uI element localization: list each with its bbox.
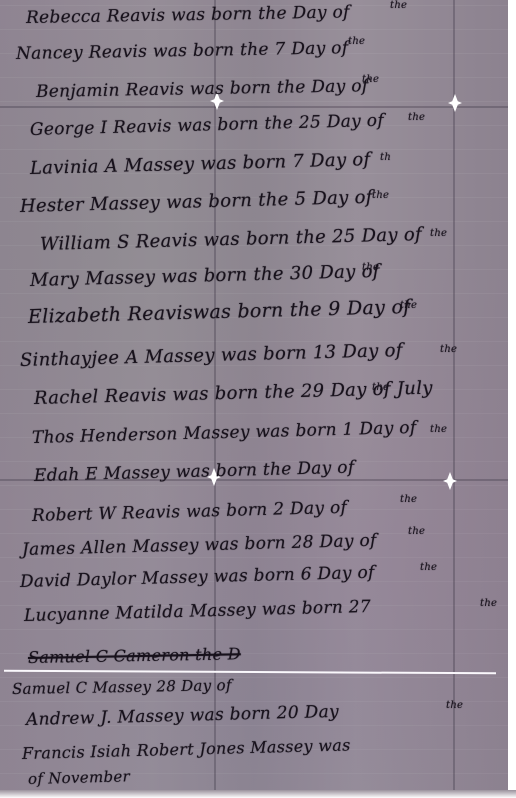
superscript-the: the bbox=[362, 74, 379, 85]
superscript-the: the bbox=[390, 0, 407, 11]
superscript-the: the bbox=[446, 700, 463, 711]
superscript-the: the bbox=[400, 494, 417, 505]
superscript-the: the bbox=[372, 190, 389, 201]
superscript-the: th bbox=[380, 152, 391, 163]
superscript-the: the bbox=[480, 598, 497, 609]
scanned-document-page: Rebecca Reavis was born the Day ofNancey… bbox=[0, 0, 508, 798]
superscript-the: the bbox=[400, 300, 417, 311]
superscript-the: the bbox=[362, 262, 379, 273]
scan-margin-right bbox=[508, 0, 516, 798]
superscript-annotations: thethethetheththethethethethethethetheth… bbox=[0, 0, 508, 798]
superscript-the: the bbox=[408, 112, 425, 123]
superscript-the: the bbox=[348, 36, 365, 47]
superscript-the: the bbox=[440, 344, 457, 355]
superscript-the: the bbox=[420, 562, 437, 573]
scan-margin-bottom bbox=[0, 790, 516, 798]
superscript-the: the bbox=[372, 382, 389, 393]
superscript-the: the bbox=[430, 228, 447, 239]
superscript-the: the bbox=[430, 424, 447, 435]
superscript-the: the bbox=[408, 526, 425, 537]
